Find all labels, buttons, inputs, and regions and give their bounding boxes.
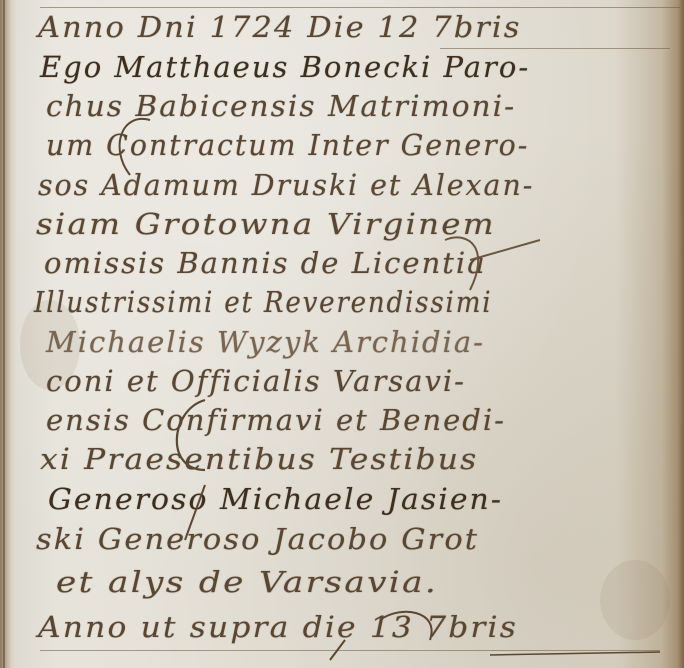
manuscript-line-5: sos Adamum Druski et Alexan-	[38, 168, 534, 202]
manuscript-line-11: ensis Confirmavi et Benedi-	[46, 403, 506, 437]
manuscript-line-14: ski Generoso Jacobo Grot	[36, 522, 479, 556]
manuscript-page: Anno Dni 1724 Die 12 7bris Ego Matthaeus…	[0, 0, 684, 668]
manuscript-line-1: Anno Dni 1724 Die 12 7bris	[38, 10, 522, 44]
manuscript-line-16: Anno ut supra die 13 7bris	[38, 610, 518, 644]
ruled-line-date	[440, 48, 670, 49]
manuscript-line-6: siam Grotowna Virginem	[36, 207, 496, 241]
ruled-line-top	[40, 7, 680, 8]
manuscript-line-10: coni et Officialis Varsavi-	[46, 364, 466, 398]
paper-stain	[600, 560, 670, 640]
ruled-line-bottom	[40, 650, 660, 651]
manuscript-line-12: xi Praesentibus Testibus	[40, 442, 478, 476]
manuscript-line-3: chus Babicensis Matrimoni-	[46, 89, 516, 123]
manuscript-line-15: et alys de Varsavia.	[56, 565, 438, 599]
manuscript-line-4: um Contractum Inter Genero-	[46, 128, 529, 162]
book-binding-edge	[0, 0, 16, 668]
manuscript-line-13: Generoso Michaele Jasien-	[48, 482, 503, 516]
manuscript-line-8: Illustrissimi et Reverendissimi	[34, 285, 492, 319]
manuscript-line-7: omissis Bannis de Licentia	[44, 246, 486, 280]
page-edge-shadow	[662, 0, 684, 668]
manuscript-line-9: Michaelis Wyzyk Archidia-	[46, 325, 485, 359]
manuscript-line-2: Ego Matthaeus Bonecki Paro-	[40, 50, 530, 84]
